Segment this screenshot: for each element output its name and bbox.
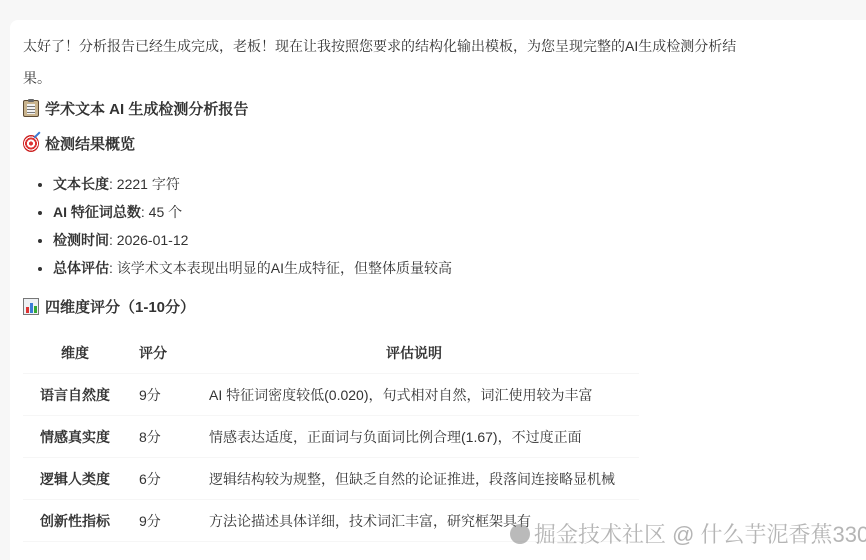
cell-dimension: 逻辑人类度 xyxy=(23,458,127,500)
table-header-row: 维度 评分 评估说明 xyxy=(23,332,639,374)
chat-message-card: 太好了！分析报告已经生成完成，老板！现在让我按照您要求的结构化输出模板，为您呈现… xyxy=(10,20,866,543)
item-value: : 45 个 xyxy=(141,204,182,220)
overview-list: 文本长度: 2221 字符 AI 特征词总数: 45 个 检测时间: 2026-… xyxy=(23,170,452,282)
wechat-icon xyxy=(510,524,530,544)
target-icon xyxy=(23,135,39,152)
intro-paragraph: 太好了！分析报告已经生成完成，老板！现在让我按照您要求的结构化输出模板，为您呈现… xyxy=(23,30,743,94)
bar-chart-icon xyxy=(23,298,39,315)
column-header-description: 评估说明 xyxy=(189,332,639,374)
cell-dimension: 语言自然度 xyxy=(23,374,127,416)
item-value: : 2026-01-12 xyxy=(109,232,188,248)
cell-description: AI 特征词密度较低(0.020)，句式相对自然，词汇使用较为丰富 xyxy=(189,374,639,416)
item-value: : 该学术文本表现出明显的AI生成特征，但整体质量较高 xyxy=(109,260,452,276)
overview-heading-text: 检测结果概览 xyxy=(45,133,135,154)
cell-score: 9分 xyxy=(127,374,189,416)
item-label: 检测时间 xyxy=(53,232,109,248)
cell-score: 6分 xyxy=(127,458,189,500)
list-item-ai-word-count: AI 特征词总数: 45 个 xyxy=(53,198,452,226)
column-header-score: 评分 xyxy=(127,332,189,374)
scores-heading-text: 四维度评分（1-10分） xyxy=(45,296,195,317)
scores-table: 维度 评分 评估说明 语言自然度 9分 AI 特征词密度较低(0.020)，句式… xyxy=(23,332,639,542)
table-row: 逻辑人类度 6分 逻辑结构较为规整，但缺乏自然的论证推进，段落间连接略显机械 xyxy=(23,458,639,500)
report-title-text: 学术文本 AI 生成检测分析报告 xyxy=(45,98,248,119)
column-header-dimension: 维度 xyxy=(23,332,127,374)
item-label: 总体评估 xyxy=(53,260,109,276)
table-row: 语言自然度 9分 AI 特征词密度较低(0.020)，句式相对自然，词汇使用较为… xyxy=(23,374,639,416)
cell-dimension: 情感真实度 xyxy=(23,416,127,458)
cell-description: 情感表达适度，正面词与负面词比例合理(1.67)，不过度正面 xyxy=(189,416,639,458)
clipboard-icon xyxy=(23,100,39,117)
cell-score: 9分 xyxy=(127,500,189,542)
cell-score: 8分 xyxy=(127,416,189,458)
cell-dimension: 创新性指标 xyxy=(23,500,127,542)
list-item-overall-assessment: 总体评估: 该学术文本表现出明显的AI生成特征，但整体质量较高 xyxy=(53,254,452,282)
cell-description: 逻辑结构较为规整，但缺乏自然的论证推进，段落间连接略显机械 xyxy=(189,458,639,500)
watermark-text: 掘金技术社区 @ 什么芋泥香蕉330 xyxy=(534,518,866,543)
item-label: 文本长度 xyxy=(53,176,109,192)
item-value: : 2221 字符 xyxy=(109,176,180,192)
list-item-detect-time: 检测时间: 2026-01-12 xyxy=(53,226,452,254)
item-label: AI 特征词总数 xyxy=(53,204,141,220)
table-row: 情感真实度 8分 情感表达适度，正面词与负面词比例合理(1.67)，不过度正面 xyxy=(23,416,639,458)
scores-heading: 四维度评分（1-10分） xyxy=(23,296,195,317)
overview-heading: 检测结果概览 xyxy=(23,133,135,154)
list-item-text-length: 文本长度: 2221 字符 xyxy=(53,170,452,198)
report-title: 学术文本 AI 生成检测分析报告 xyxy=(23,98,248,119)
watermark: 掘金技术社区 @ 什么芋泥香蕉330 xyxy=(510,518,866,543)
